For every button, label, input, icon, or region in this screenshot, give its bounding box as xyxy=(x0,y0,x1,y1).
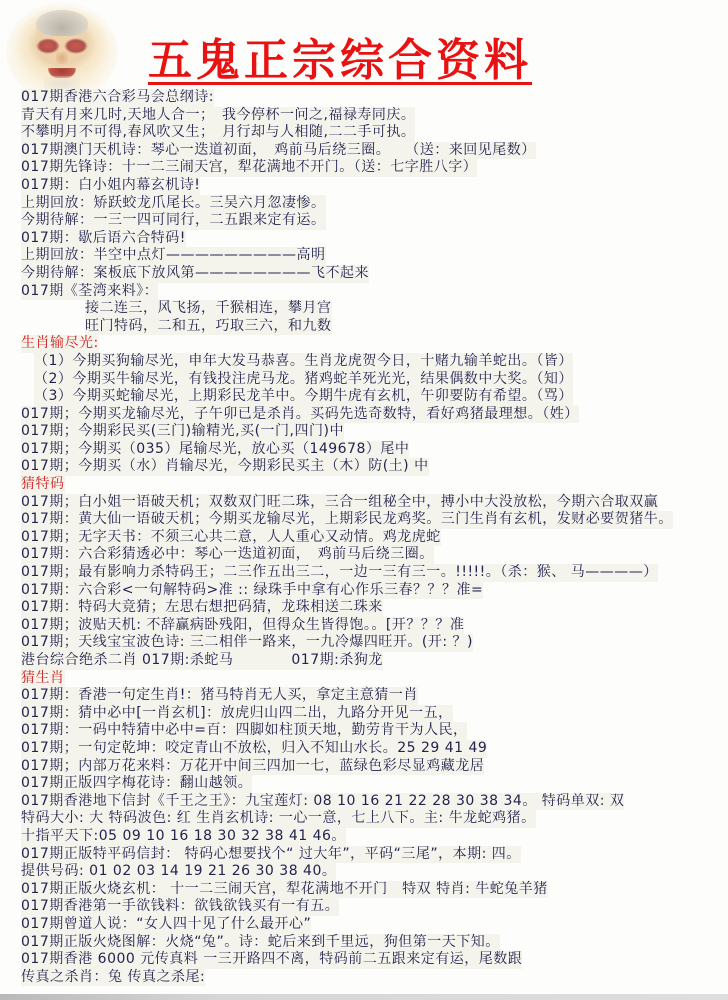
text-line: 017期香港地下信封《千王之王》：九宝莲灯: 08 10 16 21 22 28… xyxy=(21,793,721,811)
text-line: 017期；今期买龙输尽光，子午卯已是杀肖。买码先选奇数特，看好鸡猪最理想。（姓） xyxy=(21,406,721,424)
text-line: 港台综合绝杀二肖 017期:杀蛇马 017期:杀狗龙 xyxy=(21,652,721,670)
portrait-hair xyxy=(36,10,88,36)
text-line: 017期；今期彩民买(三门)输精光,买(一门,四门)中 xyxy=(21,423,721,441)
text-line: 017期；今期买（水）肖输尽光，今期彩民买主（木）防(土) 中 xyxy=(21,458,721,476)
text-line: 017期正版火烧玄机： 十一二三闹天宫，犁花满地不开门 特双 特肖: 牛蛇兔羊猪 xyxy=(21,881,721,899)
text-line: 上期回放：半空中点灯—————————高明 xyxy=(21,247,721,265)
text-line: 今期待解：案板底下放风第————————飞不起来 xyxy=(21,265,721,283)
text-line: 017期正版火烧图解：火烧“兔”。诗：蛇后来到千里远，狗但第一天下知。 xyxy=(21,934,721,952)
text-line: 今期待解：一三一四可同行，二五跟来定有运。 xyxy=(21,212,721,230)
text-line: 017期《荃湾来料》： xyxy=(21,283,721,301)
text-line: 017期：六合彩猜透必中：琴心一迭道初面， 鸡前马后绕三圈。 xyxy=(21,546,721,564)
text-line: 017期香港六合彩马会总纲诗: xyxy=(21,89,721,107)
text-line: 特码大小: 大 特码波色: 红 生肖玄机诗: 一心一意，七上八下。主: 牛龙蛇鸡… xyxy=(21,810,721,828)
text-line: 017期曾道人说：“女人四十见了什么最开心” xyxy=(21,916,721,934)
text-line: 017期：黄大仙一语破天机；今期买龙输尽光，上期彩民龙鸡奖。三门生肖有玄机，发财… xyxy=(21,511,721,529)
text-line: 十指平天下:05 09 10 16 18 30 32 38 41 46。 xyxy=(21,828,721,846)
text-line: 017期香港第一手欲钱料：欲钱欲钱买有一有五。 xyxy=(21,898,721,916)
text-line: 017期；天线宝宝波色诗: 三二相伴一路来，一九冷爆四旺开。(开: ？) xyxy=(21,634,721,652)
text-line: 017期；今期买（035）尾输尽光，放心买（149678）尾中 xyxy=(21,441,721,459)
text-line: 017期；一句定乾坤：咬定青山不放松，归入不知山水长。25 29 41 49 xyxy=(21,740,721,758)
text-line: 接二连三，风飞扬，千猴相连，攀月宫 xyxy=(85,300,721,318)
page-title: 五鬼正宗综合资料 xyxy=(148,24,532,88)
text-line: （3）今期买蛇输尽光，上期彩民龙羊中。今期牛虎有玄机，午卯要防有希望。（骂） xyxy=(34,388,721,406)
text-line: 传真之杀肖：兔 传真之杀尾: xyxy=(21,969,721,987)
text-line: 017期；最有影响力杀特码王；二三作五出三二，一边一三有三一。!!!!!。（杀：… xyxy=(21,564,721,582)
text-line: 017期正版特平码信封： 特码心想要找个“ 过大年”，平码“三尾”，本期: 四。 xyxy=(21,846,721,864)
text-line: 017期：白小姐内幕玄机诗! xyxy=(21,177,721,195)
text-line: 017期先锋诗：十一二三闹天宫，犁花满地不开门。（送：七字胜八字） xyxy=(21,159,721,177)
text-line: 017期：特码大竞猜；左思右想把码猜，龙珠相送二珠来 xyxy=(21,599,721,617)
text-line: 017期正版四字梅花诗：翻山越领。 xyxy=(21,775,721,793)
text-line: 017期澳门天机诗：琴心一迭道初面， 鸡前马后绕三圈。 （送：来回见尾数） xyxy=(21,142,721,160)
text-line: （1）今期买狗输尽光，申年大发马恭喜。生肖龙虎贺今日，十赌九输羊蛇出。（皆） xyxy=(34,353,721,371)
text-line: 提供号码: 01 02 03 14 19 21 26 30 38 40。 xyxy=(21,863,721,881)
text-line: 017期；波贴天机: 不辞赢病卧残阳，但得众生皆得饱。。[开？？？准 xyxy=(21,617,721,635)
text-line: 不攀明月不可得,春风吹又生； 月行却与人相随,二二手可执。 xyxy=(21,124,721,142)
section-heading: 猜特码 xyxy=(21,476,721,494)
portrait-photo xyxy=(6,2,118,102)
text-line: 上期回放：矫跃蛟龙爪尾长。三吴六月忽凄惨。 xyxy=(21,195,721,213)
text-line: 旺门特码，二和五，巧取三六，和九数 xyxy=(85,318,721,336)
section-heading: 猜生肖 xyxy=(21,670,721,688)
section-heading: 生肖输尽光: xyxy=(21,335,721,353)
bottom-edge-divider xyxy=(0,994,728,1000)
text-line: 017期；无字天书：不须三心共二意，人人重心又动情。鸡龙虎蛇 xyxy=(21,529,721,547)
text-line: 017期：香港一句定生肖!：猪马特肖无人买，拿定主意猜一肖 xyxy=(21,687,721,705)
text-line: 017期；白小姐一语破天机；双数双门旺二珠，三合一组秘全中，搏小中大没放松，今期… xyxy=(21,494,721,512)
content-lines: 017期香港六合彩马会总纲诗:青天有月来几时,天地人合一； 我今停杯一问之,福禄… xyxy=(21,89,721,986)
text-line: （2）今期买牛输尽光，有钱投注虎马龙。猪鸡蛇羊死光光，结果偶数中大奖。（知） xyxy=(34,371,721,389)
text-line: 017期：猜中必中[一肖玄机]：放虎归山四二出，九路分开见一五， xyxy=(21,705,721,723)
text-line: 017期；内部万花来料：万花开中间三四加一七，蓝绿色彩尽显鸡藏龙居 xyxy=(21,758,721,776)
text-line: 青天有月来几时,天地人合一； 我今停杯一问之,福禄寿同庆。 xyxy=(21,107,721,125)
portrait-nose xyxy=(56,52,68,64)
text-line: 017期香港 6000 元传真料 一三开路四不离，特码前二五跟来定有运，尾数跟 xyxy=(21,951,721,969)
text-line: 017期：六合彩<一句解特码>准 :: 绿珠手中拿有心作乐三春？？？准= xyxy=(21,582,721,600)
text-line: 017期：一码中特猜中必中=百：四脚如柱顶天地，勤劳肯干为人民， xyxy=(21,722,721,740)
text-line: 017期：歇后语六合特码! xyxy=(21,230,721,248)
